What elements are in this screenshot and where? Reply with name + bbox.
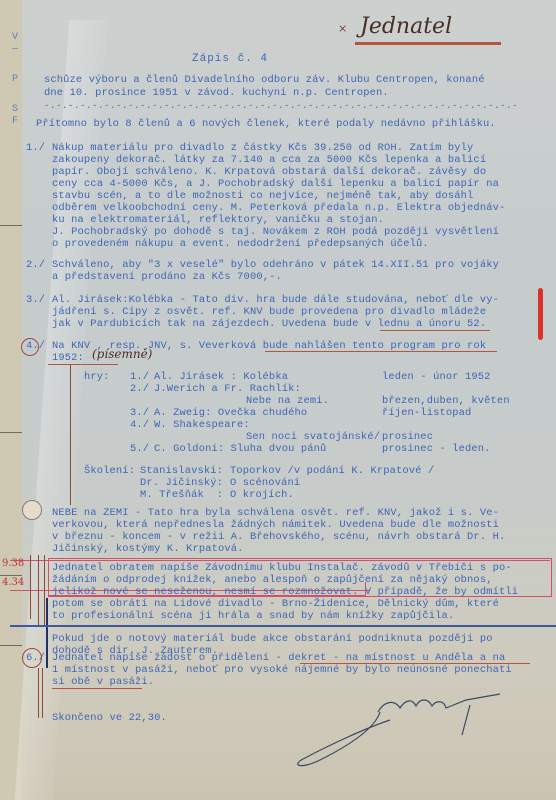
- training-who: Dr. Jičinský:: [140, 477, 223, 490]
- red-margin-mark: [538, 288, 543, 340]
- play-title: Al. Jirásek : Kolébka: [154, 371, 288, 384]
- margin-note: 9.38: [2, 558, 24, 569]
- margin-line: [42, 668, 43, 718]
- item-line: papír. Obojí schváleno. K. Krpatová obst…: [52, 166, 486, 179]
- item-line: potom se obrátí na Lidové divadlo - Brno…: [52, 598, 499, 611]
- red-underline: [300, 663, 530, 664]
- item-number: 3./: [26, 294, 45, 307]
- play-number: 3./: [130, 407, 149, 420]
- play-title: C. Goldoni: Sluha dvou pánů: [154, 443, 326, 456]
- item-line: si obě v pasáži.: [52, 676, 154, 689]
- margin-line: [38, 668, 39, 718]
- play-schedule: prosinec - leden.: [382, 443, 491, 456]
- underlying-text: S: [12, 104, 18, 115]
- item-line: a představení prodáno za Kčs 7000,-.: [52, 271, 282, 284]
- red-underline: [48, 364, 118, 365]
- training-what: Toporkov /v podání K. Krpatové /: [230, 465, 434, 478]
- margin-line: [30, 555, 31, 619]
- play-title: W. Shakespeare:: [154, 419, 250, 432]
- underlying-text: V: [12, 32, 18, 43]
- plays-label: hry:: [84, 371, 110, 384]
- item-number: 1./: [26, 142, 45, 155]
- underlying-text: P: [12, 74, 18, 85]
- play-number: 1./: [130, 371, 149, 384]
- red-underline: [52, 688, 142, 689]
- item-line: ku na elektromateriál, reflektory, vanič…: [52, 214, 384, 227]
- item-line: odběrem velkoobchodní ceny. M. Peterková…: [52, 202, 505, 215]
- item-line: 1952:: [52, 352, 84, 365]
- training-who: M. Třešňák :: [140, 489, 223, 502]
- play-number: 4./: [130, 419, 149, 432]
- play-title-cont: Sen noci svatojánské/: [246, 431, 380, 444]
- item-number: 4./: [26, 340, 45, 353]
- item-line: Schváleno, aby "3 x veselé" bylo odehrán…: [52, 259, 499, 272]
- item-line: Jičinský, kostýmy K. Krpatová.: [52, 543, 244, 556]
- red-rule: [10, 560, 550, 561]
- attendance: Přítomno bylo 8 členů a 6 nových členek,…: [36, 118, 496, 131]
- play-title-cont: Nebe na zemi.: [246, 395, 329, 408]
- item-number: 2./: [26, 259, 45, 272]
- play-schedule: prosinec: [382, 431, 433, 444]
- x-mark: ×: [338, 22, 347, 35]
- item-line: Jednatel obratem napíše Závodnímu klubu …: [52, 562, 512, 575]
- item-line: žádáním o odprodej knížek, anebo alespoň…: [52, 574, 493, 587]
- play-schedule: březen,duben, květen: [382, 395, 510, 408]
- item-line: jelikož nové se neseženou, nesmí se rozm…: [52, 586, 518, 599]
- item-line: verkovou, která nepřednesla žádných námi…: [52, 519, 499, 532]
- intro-line: dne 10. prosince 1951 v závod. kuchyni n…: [44, 87, 389, 100]
- handwritten-note: (písemně): [92, 347, 152, 361]
- red-underline: [380, 330, 490, 331]
- item-line: J. Pochobradský po dohodě s taj. Novákem…: [52, 226, 499, 239]
- training-who: Stanislavski:: [140, 465, 223, 478]
- margin-line: [70, 365, 71, 505]
- training-what: O krojích.: [230, 489, 294, 502]
- blue-margin-line: [46, 598, 48, 668]
- handwritten-header: Jednatel: [360, 14, 452, 39]
- separator: -.-.-.-.-.-.-.-.-.-.-.-.-.-.-.-.-.-.-.-.…: [44, 100, 518, 113]
- item-line: 1 místnost v pasáži, neboť pro vysoké ná…: [52, 664, 512, 677]
- red-underline: [265, 351, 497, 352]
- play-title: J.Werich a Fr. Rachlík:: [154, 383, 301, 396]
- play-number: 5./: [130, 443, 149, 456]
- punch-hole: [22, 500, 42, 520]
- blue-rule: [10, 625, 556, 627]
- item-line: Pokud jde o notový materiál bude akce ob…: [52, 633, 493, 646]
- intro-line: schůze výboru a členů Divadelního odboru…: [44, 74, 485, 87]
- underlying-text: —: [12, 44, 18, 55]
- item-line: v březnu - koncem - v režii A. Břehovské…: [52, 531, 505, 544]
- play-schedule: říjen-listopad: [382, 407, 471, 420]
- training-label: Školení:: [84, 465, 135, 478]
- item-line: stavbu scén, a to dle možnosti co nejvíc…: [52, 190, 473, 203]
- item-line: Nákup materiálu pro divadlo z částky Kčs…: [52, 142, 473, 155]
- item-line: o provedeném nákupu a event. nedodržení …: [52, 238, 429, 251]
- training-what: O scénování: [230, 477, 300, 490]
- item-number: 6./: [26, 652, 45, 665]
- margin-line: [38, 555, 39, 625]
- play-schedule: leden - únor 1952: [382, 371, 491, 384]
- item-line: Al. Jirásek:Kolébka - Tato div. hra bude…: [52, 294, 499, 307]
- underlying-text: F: [12, 116, 18, 127]
- item-line: zakoupeny dekorač. látky za 7.140 a cca …: [52, 154, 486, 167]
- item-line: jádření s. Cípy z osvět. ref. KNV bude p…: [52, 306, 486, 319]
- margin-note: 4.34: [2, 577, 24, 588]
- item-line: NEBE na ZEMI - Tato hra byla schválena o…: [52, 507, 499, 520]
- closing-text: Skončeno ve 22,30.: [52, 712, 167, 725]
- play-title: A. Zweig: Ovečka chudého: [154, 407, 307, 420]
- margin-line: [44, 555, 45, 625]
- play-number: 2./: [130, 383, 149, 396]
- header-underline: [355, 42, 501, 45]
- item-line: ceny cca 4-5000 Kčs, a J. Pochobradský d…: [52, 178, 499, 191]
- page-title: Zápis č. 4: [192, 53, 268, 66]
- item-line: to profesionální scéna ji hrála a snad b…: [52, 610, 454, 623]
- item-line: jak v Pardubicích tak na zájezdech. Uved…: [52, 318, 486, 331]
